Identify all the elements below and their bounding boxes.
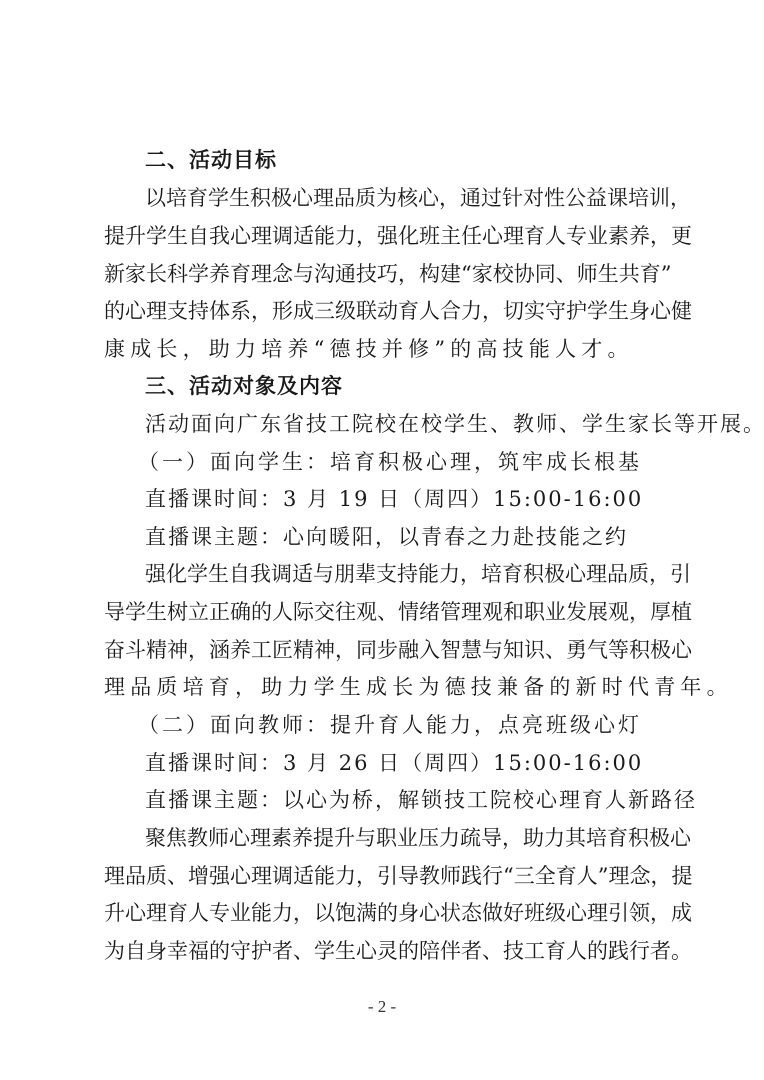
paragraph-line: 以培育学生积极心理品质为核心，通过针对性公益课培训， xyxy=(145,184,670,212)
paragraph-line: 奋斗精神，涵养工匠精神，同步融入智慧与知识、勇气等积极心 xyxy=(104,636,670,664)
paragraph-line: 的心理支持体系，形成三级联动育人合力，切实守护学生身心健 xyxy=(104,297,670,325)
paragraph-line: 强化学生自我调适与朋辈支持能力，培育积极心理品质，引 xyxy=(145,560,670,588)
subsection-title-students: （一）面向学生：培育积极心理，筑牢成长根基 xyxy=(138,448,704,476)
live-course-time: 直播课时间：3 月 26 日（周四）15:00-16:00 xyxy=(145,749,711,777)
live-course-theme: 直播课主题：以心为桥，解锁技工院校心理育人新路径 xyxy=(145,786,711,814)
paragraph-line: 新家长科学养育理念与沟通技巧，构建“家校协同、师生共育” xyxy=(104,260,670,288)
live-course-theme: 直播课主题：心向暖阳，以青春之力赴技能之约 xyxy=(145,523,711,551)
section-heading-goals: 二、活动目标 xyxy=(145,146,711,174)
paragraph-line: 聚焦教师心理素养提升与职业压力疏导，助力其培育积极心 xyxy=(145,824,670,852)
paragraph-line: 提升学生自我心理调适能力，强化班主任心理育人专业素养，更 xyxy=(104,222,670,250)
live-course-time: 直播课时间：3 月 19 日（周四）15:00-16:00 xyxy=(145,485,711,513)
paragraph-line: 理品质培育，助力学生成长为德技兼备的新时代青年。 xyxy=(104,673,670,701)
section-heading-targets: 三、活动对象及内容 xyxy=(145,372,711,400)
page-number: - 2 - xyxy=(0,997,764,1017)
paragraph-line: 导学生树立正确的人际交往观、情绪管理观和职业发展观，厚植 xyxy=(104,598,670,626)
paragraph-line: 为自身幸福的守护者、学生心灵的陪伴者、技工育人的践行者。 xyxy=(104,937,670,965)
paragraph-line: 康成长，助力培养“德技并修”的高技能人才。 xyxy=(104,335,670,363)
paragraph-line: 理品质、增强心理调适能力，引导教师践行“三全育人”理念，提 xyxy=(104,862,670,890)
section-intro: 活动面向广东省技工院校在校学生、教师、学生家长等开展。 xyxy=(145,410,711,438)
subsection-title-teachers: （二）面向教师：提升育人能力，点亮班级心灯 xyxy=(138,711,704,739)
document-page: 二、活动目标 以培育学生积极心理品质为核心，通过针对性公益课培训， 提升学生自我… xyxy=(0,0,764,1080)
paragraph-line: 升心理育人专业能力，以饱满的身心状态做好班级心理引领，成 xyxy=(104,899,670,927)
